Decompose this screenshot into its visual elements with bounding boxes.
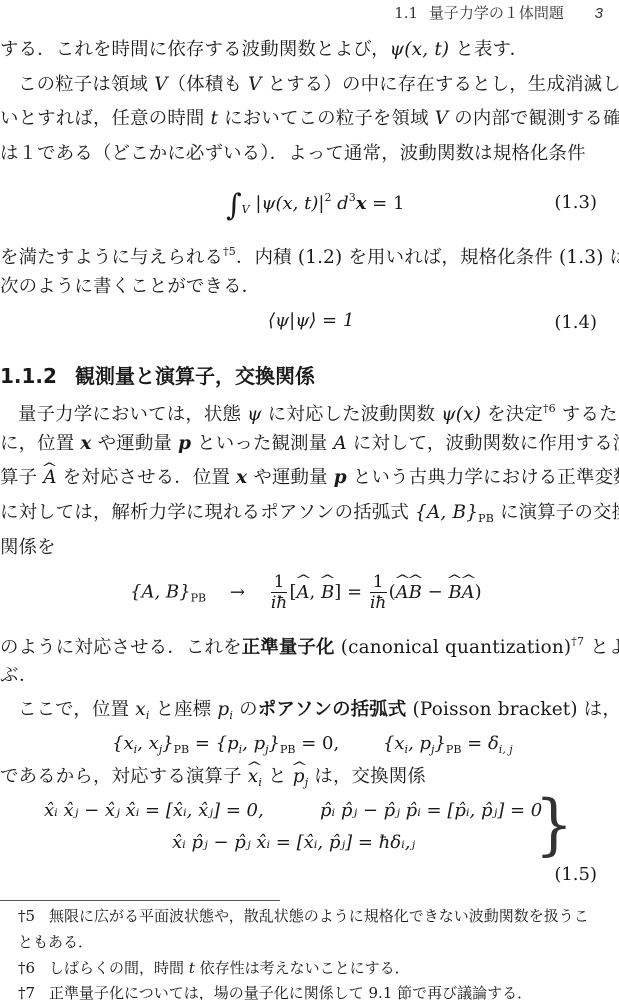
paragraph-1-line-4: は１である（どこかに必ずいる）．よって通常，波動関数は規格化条件	[0, 142, 586, 166]
subscript-pb: PB	[446, 743, 462, 756]
text: に演算子の交換	[494, 502, 619, 523]
vector-x: x	[80, 433, 91, 454]
operator-A-hat: A	[297, 582, 310, 603]
text: （体積も	[168, 74, 248, 95]
paragraph-4-line-2: ぶ．	[0, 664, 38, 688]
page-number: 3	[595, 5, 603, 22]
text: に対しては，解析力学に現れるポアソンの括弧式	[0, 502, 415, 523]
operator-B-hat: B	[409, 582, 422, 603]
running-header: 1.1 量子力学の１体問題 3	[394, 2, 603, 23]
text: や運動量	[247, 467, 333, 488]
subscript-pb: PB	[174, 743, 190, 756]
exponent: 3	[349, 191, 356, 204]
eq-part: , p	[408, 733, 431, 754]
text: に，位置	[0, 433, 80, 454]
text: ．内積 (1.2) を用いれば，規格化条件 (1.3) は	[236, 247, 619, 268]
paragraph-4-line-3: ここで，位置 xi と座標 pi のポアソンの括弧式 (Poisson brac…	[18, 698, 619, 728]
eq-part: {x	[383, 733, 405, 754]
right-brace: }	[535, 792, 573, 858]
math-V: V	[248, 74, 261, 95]
poisson-bracket: {A, B}	[415, 502, 478, 523]
equation-1-5-row-1-left: x̂ᵢ x̂ⱼ − x̂ⱼ x̂ᵢ = [x̂ᵢ, x̂ⱼ] = 0,	[44, 800, 264, 821]
text: とよ	[584, 637, 619, 658]
footnote-6: †6しばらくの間，時間 t 依存性は考えないことにする．	[18, 958, 410, 978]
text: とする）の中に存在するとし，生成消滅しな	[262, 74, 619, 95]
paragraph-1-line-2: この粒子は領域 V（体積も V とする）の中に存在するとし，生成消滅しな	[18, 73, 619, 97]
paragraph-1-line-3: いとすれば，任意の時間 t においてこの粒子を領域 V の内部で観測する確率	[0, 107, 619, 131]
text: を対応させる．位置	[57, 467, 236, 488]
text: と表す．	[449, 39, 528, 60]
text: においてこの粒子を領域	[218, 108, 435, 129]
paragraph-1-line-1: する．これを時間に依存する波動関数とよび，ψ(x, t) と表す．	[0, 38, 528, 62]
math-p: p	[217, 699, 229, 720]
footnote-text: 正準量子化については，場の量子化に関係して 9.1 節で再び議論する．	[49, 984, 532, 1000]
text: (Poisson bracket) は，	[406, 699, 619, 720]
math-psi-x: ψ(x)	[441, 404, 481, 425]
math-psi: ψ	[247, 404, 262, 425]
subscript-pb: PB	[191, 592, 207, 605]
footnote-mark: †6	[18, 959, 35, 977]
term-poisson-bracket: ポアソンの括弧式	[258, 699, 407, 720]
text: を満たすように与えられる	[0, 247, 223, 268]
equation-1-5-row-1-right: p̂ᵢ p̂ⱼ − p̂ⱼ p̂ᵢ = [p̂ᵢ, p̂ⱼ] = 0	[320, 800, 542, 821]
footnote-separator	[0, 900, 280, 901]
header-section-title: 量子力学の１体問題	[429, 4, 564, 22]
text: する．これを時間に依存する波動関数とよび，	[0, 39, 390, 60]
eq-part: = {p	[189, 733, 239, 754]
subscript-pb: PB	[280, 743, 296, 756]
text: 算子	[0, 467, 43, 488]
operator-x-hat: x	[248, 765, 259, 789]
paragraph-3-line-1: 量子力学においては，状態 ψ に対応した波動関数 ψ(x) を決定†6 するため	[18, 397, 619, 427]
text: いとすれば，任意の時間	[0, 108, 211, 129]
text: のように対応させる．これを	[0, 637, 242, 658]
eq-part: = 0,	[296, 733, 340, 754]
math-x: x	[135, 699, 146, 720]
section-heading: 1.1.2観測量と演算子，交換関係	[0, 360, 315, 389]
operator-A-hat: A	[462, 582, 475, 603]
paragraph-4-line-1: のように対応させる．これを正準量子化 (canonical quantizati…	[0, 630, 619, 660]
footnote-mark: †7	[18, 984, 35, 1000]
arrow-icon: →	[230, 582, 245, 603]
paragraph-3-line-2: に，位置 x や運動量 p といった観測量 A に対して，波動関数に作用する演	[0, 432, 619, 456]
operator-p-hat: p	[293, 765, 305, 789]
eq-body: |ψ(x, t)|	[255, 193, 324, 214]
eq-part: = δ	[461, 733, 498, 754]
text: であるから，対応する演算子	[0, 766, 248, 787]
eq-part: }	[434, 733, 445, 754]
math-V: V	[435, 108, 448, 129]
fraction: 1iħ	[370, 572, 387, 613]
paragraph-2-line-1: を満たすように与えられる†5．内積 (1.2) を用いれば，規格化条件 (1.3…	[0, 240, 619, 270]
equation-number-1-4: (1.4)	[554, 312, 597, 333]
vector-x: x	[356, 193, 367, 214]
paragraph-3-line-3: 算子 A を対応させる．位置 x や運動量 p という古典力学における正準変数	[0, 466, 619, 490]
text: に対して，波動関数に作用する演	[347, 433, 619, 454]
text: の内部で観測する確率	[448, 108, 619, 129]
denominator: iħ	[370, 593, 387, 613]
text: (canonical quantization)	[335, 637, 572, 658]
equation-1-4: ⟨ψ|ψ⟩ = 1	[268, 310, 354, 331]
footnote-ref-7[interactable]: †7	[571, 635, 584, 648]
equals: =	[341, 582, 368, 603]
math-V: V	[154, 74, 167, 95]
paragraph-3-line-4: に対しては，解析力学に現れるポアソンの括弧式 {A, B}PB に演算子の交換	[0, 501, 619, 531]
equation-number-1-5: (1.5)	[554, 864, 597, 885]
paragraph-5-line-1: であるから，対応する演算子 xi と pj は，交換関係	[0, 765, 426, 795]
operator-B-hat: B	[321, 582, 334, 603]
integral-lower-limit: V	[242, 203, 250, 216]
minus: −	[422, 582, 449, 603]
footnote-mark: †5	[18, 907, 35, 925]
section-number: 1.1.2	[0, 364, 57, 388]
math-A: A	[333, 433, 346, 454]
eq-part: }	[269, 733, 280, 754]
eq-lhs: {A, B}	[130, 582, 191, 603]
vector-p: p	[334, 467, 347, 488]
equation-quantization-rule: {A, B}PB → 1iħ[A, B] = 1iħ(AB − BA)	[130, 572, 482, 613]
text: に対応した波動関数	[262, 404, 441, 425]
text: の	[233, 699, 258, 720]
operator-A-hat: A	[43, 466, 56, 490]
text: ここで，位置	[18, 699, 135, 720]
fraction: 1iħ	[271, 572, 288, 613]
footnote-ref-5[interactable]: †5	[223, 245, 236, 258]
text: や運動量	[92, 433, 178, 454]
eq-rhs: = 1	[366, 193, 404, 214]
equation-1-5-row-2: x̂ᵢ p̂ⱼ − p̂ⱼ x̂ᵢ = [x̂ᵢ, p̂ⱼ] = ħδᵢ,ⱼ	[172, 832, 415, 853]
footnote-text: 依存性は考えないことにする．	[195, 959, 410, 977]
eq-part: , p	[242, 733, 265, 754]
eq-part: {x	[112, 733, 134, 754]
subscript: i, j	[499, 743, 513, 756]
footnote-text: しばらくの間，時間	[49, 959, 189, 977]
vector-x: x	[236, 467, 247, 488]
denominator: iħ	[271, 593, 288, 613]
footnote-5: †5無限に広がる平面波状態や，散乱状態のように規格化できない波動関数を扱うこ	[18, 906, 589, 926]
equation-poisson-values: {xi, xj}PB = {pi, pj}PB = 0, {xi, pj}PB …	[112, 733, 513, 756]
header-section-number: 1.1	[394, 4, 418, 22]
footnote-5-continued: ともある．	[18, 932, 93, 952]
numerator: 1	[370, 572, 387, 593]
text: といった観測量	[191, 433, 333, 454]
paragraph-3-line-5: 関係を	[0, 536, 56, 560]
integral-sign: ∫	[226, 188, 242, 223]
eq-part: }	[162, 733, 173, 754]
text: を決定	[481, 404, 543, 425]
text: という古典力学における正準変数	[347, 467, 619, 488]
vector-p: p	[178, 433, 191, 454]
footnote-7: †7正準量子化については，場の量子化に関係して 9.1 節で再び議論する．	[18, 983, 532, 1000]
footnote-ref-6[interactable]: †6	[543, 402, 556, 415]
text: は，交換関係	[308, 766, 426, 787]
equation-number-1-3: (1.3)	[554, 192, 597, 213]
term-canonical-quantization: 正準量子化	[242, 637, 335, 658]
text: と座標	[150, 699, 218, 720]
footnote-text: 無限に広がる平面波状態や，散乱状態のように規格化できない波動関数を扱うこ	[49, 907, 589, 925]
subscript-pb: PB	[478, 512, 494, 525]
text: 量子力学においては，状態	[18, 404, 247, 425]
math-psi-xt: ψ(x, t)	[390, 39, 450, 60]
text: この粒子は領域	[18, 74, 154, 95]
math-t: t	[211, 108, 219, 129]
text: するため	[556, 404, 619, 425]
eq-part: , x	[137, 733, 159, 754]
numerator: 1	[271, 572, 288, 593]
section-title: 観測量と演算子，交換関係	[75, 364, 315, 388]
paragraph-2-line-2: 次のように書くことができる．	[0, 275, 260, 299]
text: と	[262, 766, 293, 787]
equation-1-3: ∫V |ψ(x, t)|2 d3x = 1	[226, 188, 404, 223]
differential: d	[331, 193, 348, 214]
